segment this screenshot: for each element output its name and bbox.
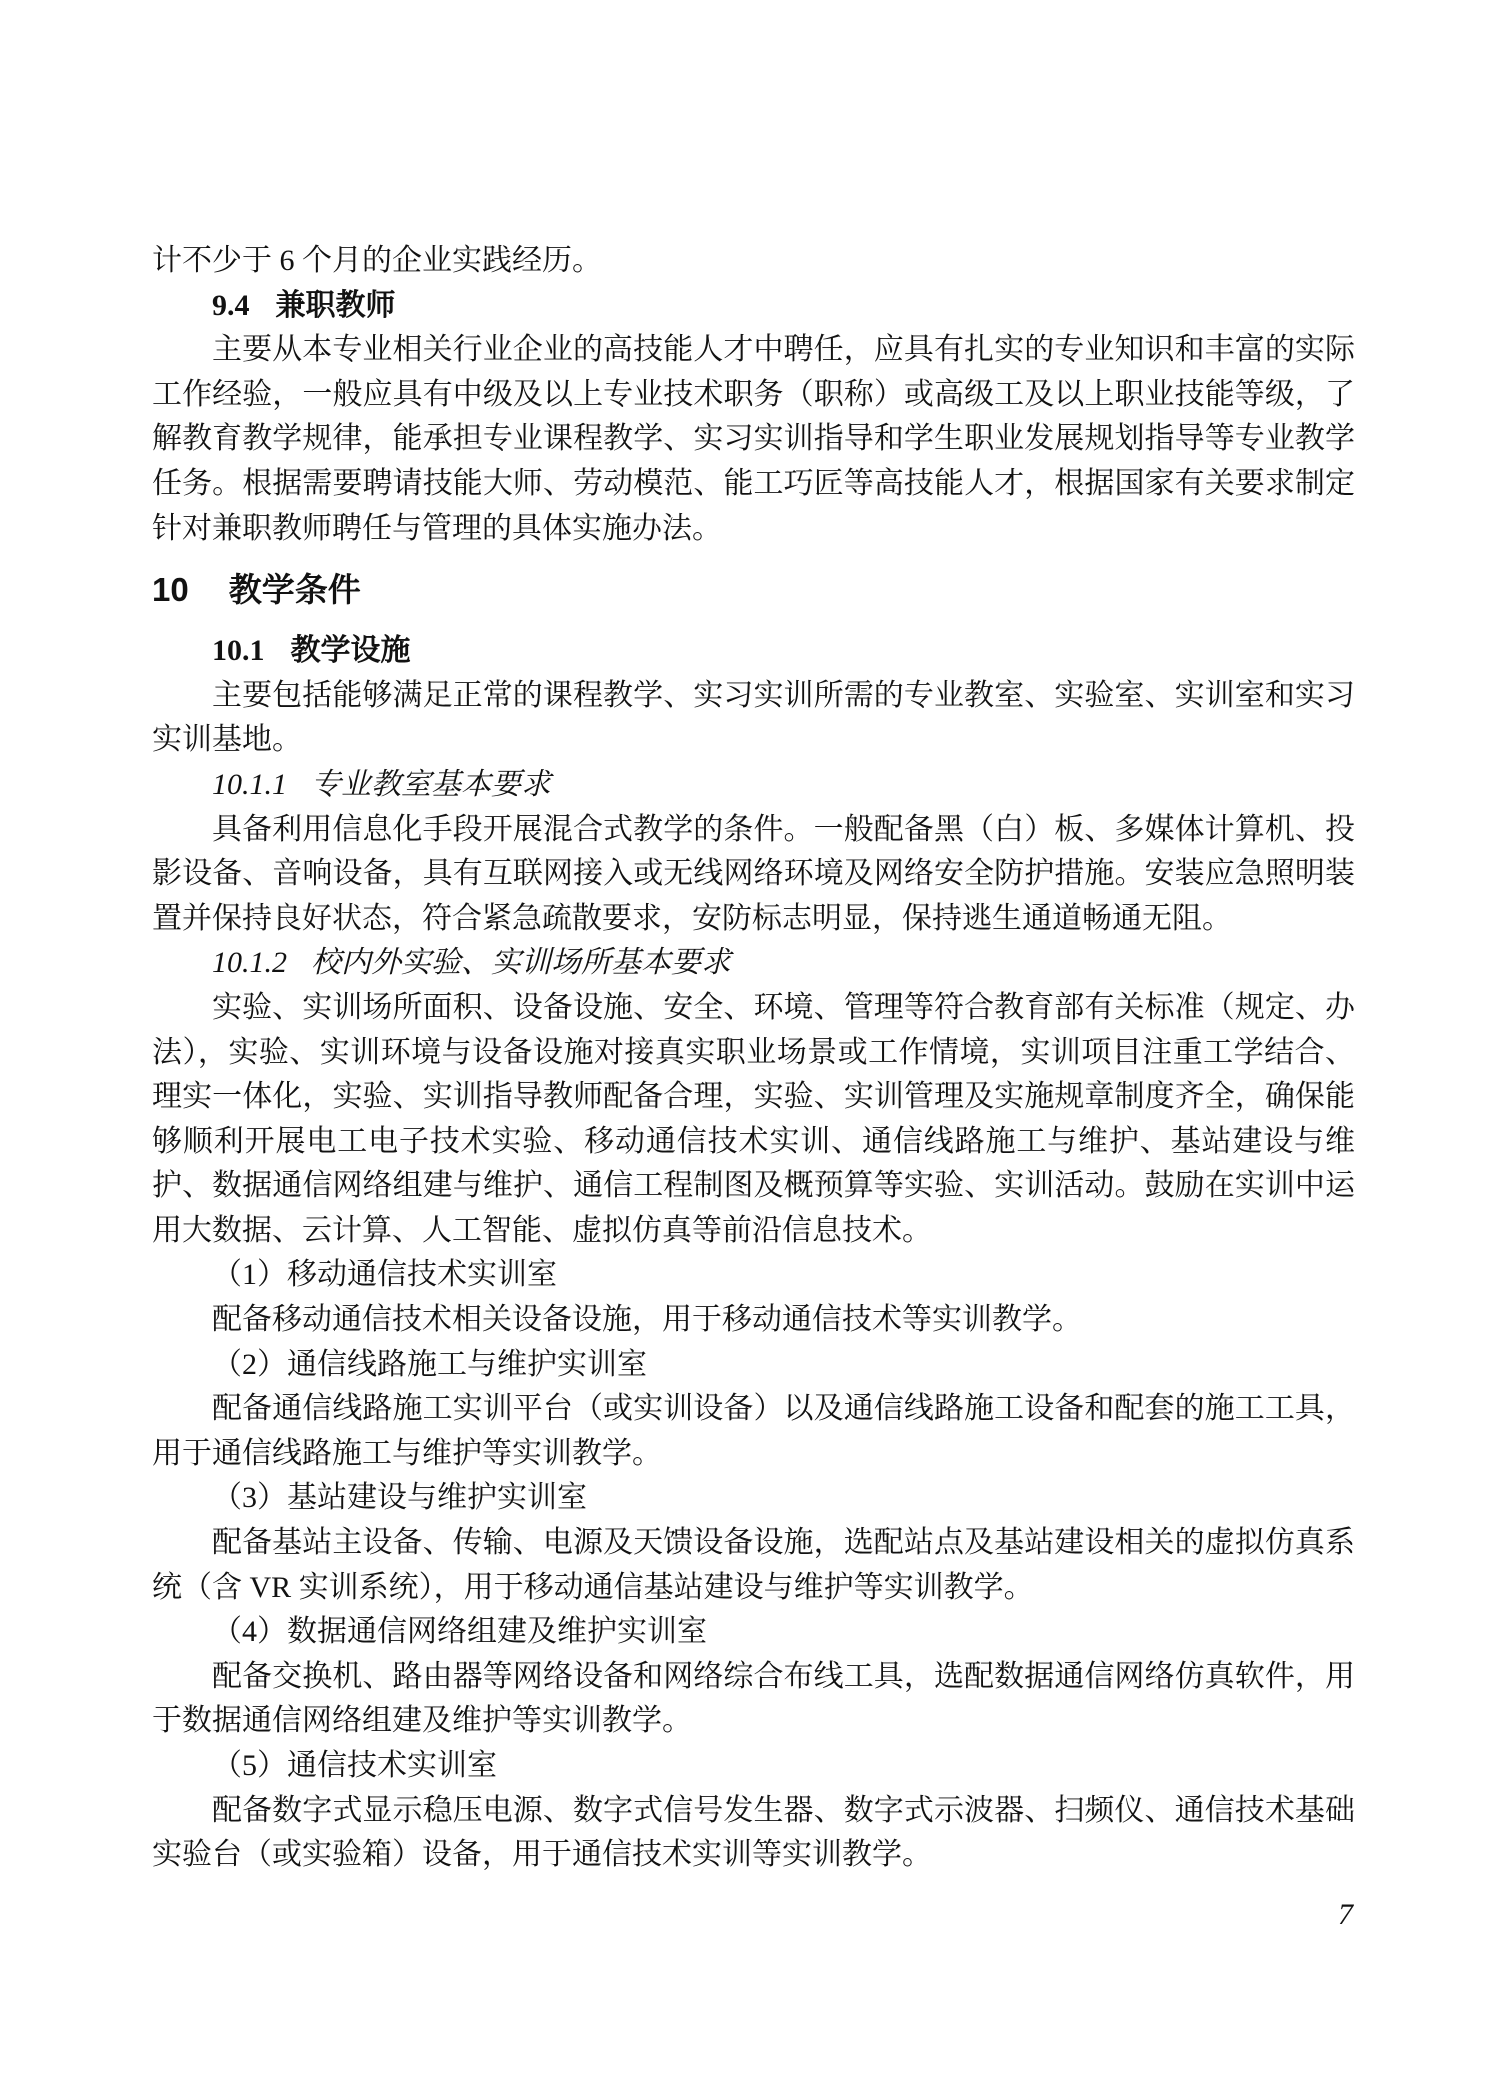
heading-10-1: 10.1教学设施 bbox=[152, 629, 1355, 674]
paragraph-part-time-teachers: 主要从本专业相关行业企业的高技能人才中聘任，应具有扎实的专业知识和丰富的实际工作… bbox=[152, 328, 1355, 551]
heading-10-1-1-title: 专业教室基本要求 bbox=[311, 768, 551, 801]
room-item-desc-3: 配备基站主设备、传输、电源及天馈设备设施，选配站点及基站建设相关的虚拟仿真系统（… bbox=[152, 1521, 1355, 1610]
heading-10-1-1: 10.1.1专业教室基本要求 bbox=[152, 763, 1355, 808]
heading-9-4: 9.4兼职教师 bbox=[152, 284, 1355, 329]
room-item-desc-4: 配备交换机、路由器等网络设备和网络综合布线工具，选配数据通信网络仿真软件，用于数… bbox=[152, 1655, 1355, 1744]
room-item-label-1: （1）移动通信技术实训室 bbox=[152, 1253, 1355, 1298]
heading-10-1-2: 10.1.2校内外实验、实训场所基本要求 bbox=[152, 941, 1355, 986]
heading-9-4-number: 9.4 bbox=[212, 289, 250, 322]
paragraph-lab-requirements: 实验、实训场所面积、设备设施、安全、环境、管理等符合教育部有关标准（规定、办法）… bbox=[152, 986, 1355, 1254]
heading-10-1-number: 10.1 bbox=[212, 634, 265, 667]
page-content: 计不少于 6 个月的企业实践经历。 9.4兼职教师 主要从本专业相关行业企业的高… bbox=[152, 239, 1355, 1878]
heading-9-4-title: 兼职教师 bbox=[276, 289, 396, 322]
document-page: 计不少于 6 个月的企业实践经历。 9.4兼职教师 主要从本专业相关行业企业的高… bbox=[0, 0, 1503, 2094]
room-item-desc-1: 配备移动通信技术相关设备设施，用于移动通信技术等实训教学。 bbox=[152, 1298, 1355, 1343]
paragraph-continuation: 计不少于 6 个月的企业实践经历。 bbox=[152, 239, 1355, 284]
room-item-label-4: （4）数据通信网络组建及维护实训室 bbox=[152, 1610, 1355, 1655]
heading-10: 10教学条件 bbox=[152, 565, 1355, 615]
heading-10-1-1-number: 10.1.1 bbox=[212, 768, 287, 801]
paragraph-teaching-facilities: 主要包括能够满足正常的课程教学、实习实训所需的专业教室、实验室、实训室和实习实训… bbox=[152, 674, 1355, 763]
room-item-label-3: （3）基站建设与维护实训室 bbox=[152, 1476, 1355, 1521]
room-item-desc-2: 配备通信线路施工实训平台（或实训设备）以及通信线路施工设备和配套的施工工具，用于… bbox=[152, 1387, 1355, 1476]
room-item-label-2: （2）通信线路施工与维护实训室 bbox=[152, 1343, 1355, 1388]
paragraph-classroom-requirements: 具备利用信息化手段开展混合式教学的条件。一般配备黑（白）板、多媒体计算机、投影设… bbox=[152, 808, 1355, 942]
page-number: 7 bbox=[1338, 1893, 1353, 1938]
room-item-label-5: （5）通信技术实训室 bbox=[152, 1744, 1355, 1789]
heading-10-1-2-title: 校内外实验、实训场所基本要求 bbox=[311, 946, 731, 979]
heading-10-title: 教学条件 bbox=[229, 571, 361, 608]
heading-10-number: 10 bbox=[152, 571, 189, 608]
heading-10-1-title: 教学设施 bbox=[291, 634, 411, 667]
room-item-desc-5: 配备数字式显示稳压电源、数字式信号发生器、数字式示波器、扫频仪、通信技术基础实验… bbox=[152, 1789, 1355, 1878]
heading-10-1-2-number: 10.1.2 bbox=[212, 946, 287, 979]
